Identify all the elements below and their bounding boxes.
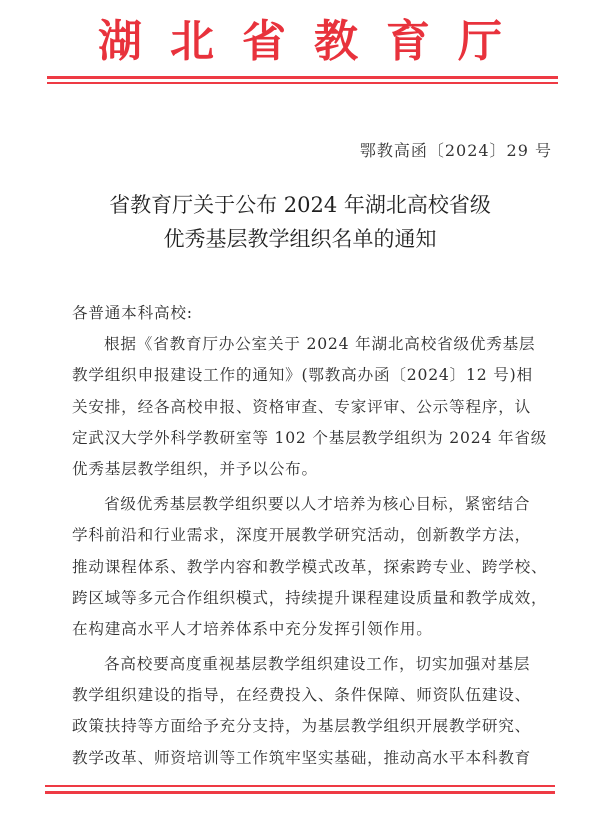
paragraph-line: 跨区域等多元合作组织模式，持续提升课程建设质量和教学成效，: [72, 583, 552, 614]
paragraph-line: 教学改革、师资培训等工作筑牢坚实基础，推动高水平本科教育: [72, 743, 552, 774]
document-number: 鄂教高函〔2024〕29 号: [360, 138, 552, 161]
paragraph-1: 根据《省教育厅办公室关于 2024 年湖北高校省级优秀基层 教学组织申报建设工作…: [72, 329, 552, 485]
paragraph-line: 关安排，经各高校申报、资格审查、专家评审、公示等程序，认: [72, 392, 552, 423]
paragraph-line: 在构建高水平人才培养体系中充分发挥引领作用。: [72, 614, 552, 645]
paragraph-line: 省级优秀基层教学组织要以人才培养为核心目标，紧密结合: [72, 489, 552, 520]
footer-red-rule-thin: [45, 785, 555, 787]
salutation: 各普通本科高校:: [72, 298, 552, 329]
document-body: 各普通本科高校: 根据《省教育厅办公室关于 2024 年湖北高校省级优秀基层 教…: [72, 298, 552, 774]
header-red-rule-thick: [47, 76, 558, 79]
paragraph-line: 各高校要高度重视基层教学组织建设工作，切实加强对基层: [72, 649, 552, 680]
paragraph-line: 教学组织建设的指导，在经费投入、条件保障、师资队伍建设、: [72, 680, 552, 711]
document-title-line: 优秀基层教学组织名单的通知: [0, 222, 600, 256]
issuing-authority-title: 湖北省教育厅: [70, 14, 530, 70]
paragraph-line: 政策扶持等方面给予充分支持，为基层教学组织开展教学研究、: [72, 711, 552, 742]
masthead: 湖北省教育厅: [0, 14, 600, 70]
document-title-line: 省教育厅关于公布 2024 年湖北高校省级: [0, 188, 600, 222]
paragraph-2: 省级优秀基层教学组织要以人才培养为核心目标，紧密结合 学科前沿和行业需求，深度开…: [72, 489, 552, 645]
header-red-rule-thin: [47, 82, 558, 84]
paragraph-3: 各高校要高度重视基层教学组织建设工作，切实加强对基层 教学组织建设的指导，在经费…: [72, 649, 552, 774]
footer-red-rule-thick: [45, 791, 555, 794]
paragraph-line: 推动课程体系、教学内容和教学模式改革，探索跨专业、跨学校、: [72, 552, 552, 583]
paragraph-line: 根据《省教育厅办公室关于 2024 年湖北高校省级优秀基层: [72, 329, 552, 360]
paragraph-line: 优秀基层教学组织，并予以公布。: [72, 454, 552, 485]
paragraph-line: 教学组织申报建设工作的通知》(鄂教高办函〔2024〕12 号)相: [72, 360, 552, 391]
paragraph-line: 学科前沿和行业需求，深度开展教学研究活动，创新教学方法，: [72, 520, 552, 551]
document-title: 省教育厅关于公布 2024 年湖北高校省级 优秀基层教学组织名单的通知: [0, 188, 600, 256]
paragraph-line: 定武汉大学外科学教研室等 102 个基层教学组织为 2024 年省级: [72, 423, 552, 454]
